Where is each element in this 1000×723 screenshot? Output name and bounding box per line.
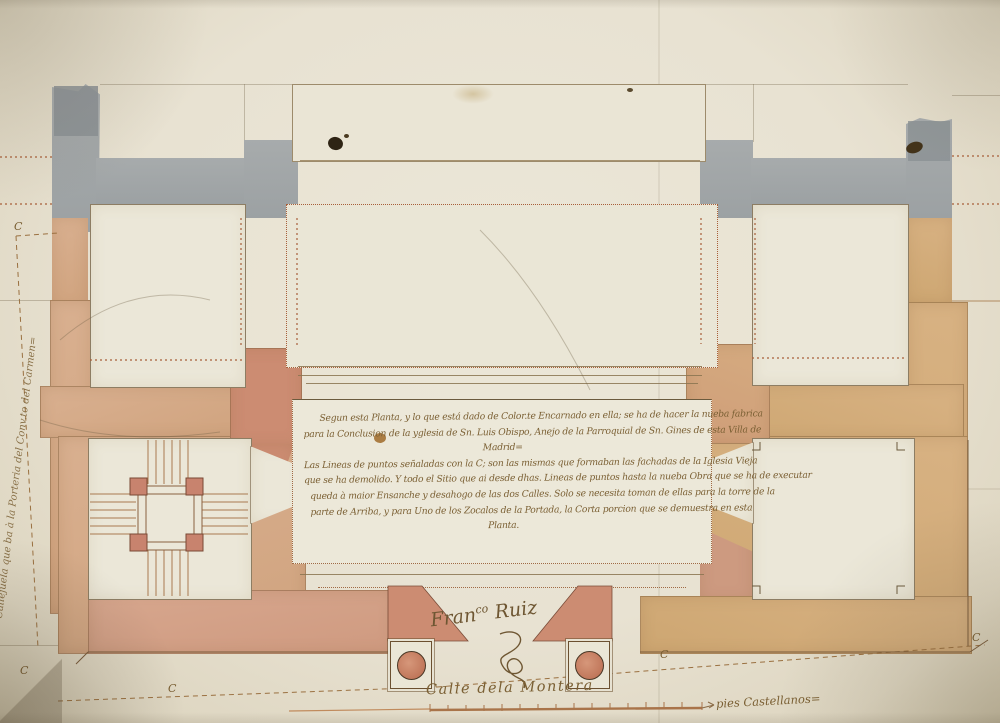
portal-column-left	[397, 651, 426, 680]
scale-bar	[289, 702, 714, 712]
inscription-block: Segun esta Planta, y lo que está dado de…	[303, 407, 702, 536]
ink-speck	[627, 88, 633, 92]
old-church-dotted-lines	[0, 156, 1000, 360]
room-corner-notches	[752, 442, 905, 594]
facade-marker-c: C	[168, 682, 176, 695]
paper-corner-shadow	[0, 650, 62, 723]
portal-column-right	[575, 651, 604, 680]
architectural-plan-sheet: Segun esta Planta, y lo que está dado de…	[0, 0, 1000, 723]
tower-plan-pattern	[90, 440, 248, 596]
ink-speck	[344, 134, 349, 138]
paper-stain	[452, 84, 494, 104]
pencil-sketch-curves	[40, 230, 590, 437]
tower-corner-piers	[130, 478, 203, 551]
facade-marker-c: C	[14, 220, 22, 233]
signature-sup: co	[475, 602, 489, 616]
facade-marker-c: C	[660, 648, 668, 661]
facade-marker-c: C	[972, 631, 980, 644]
